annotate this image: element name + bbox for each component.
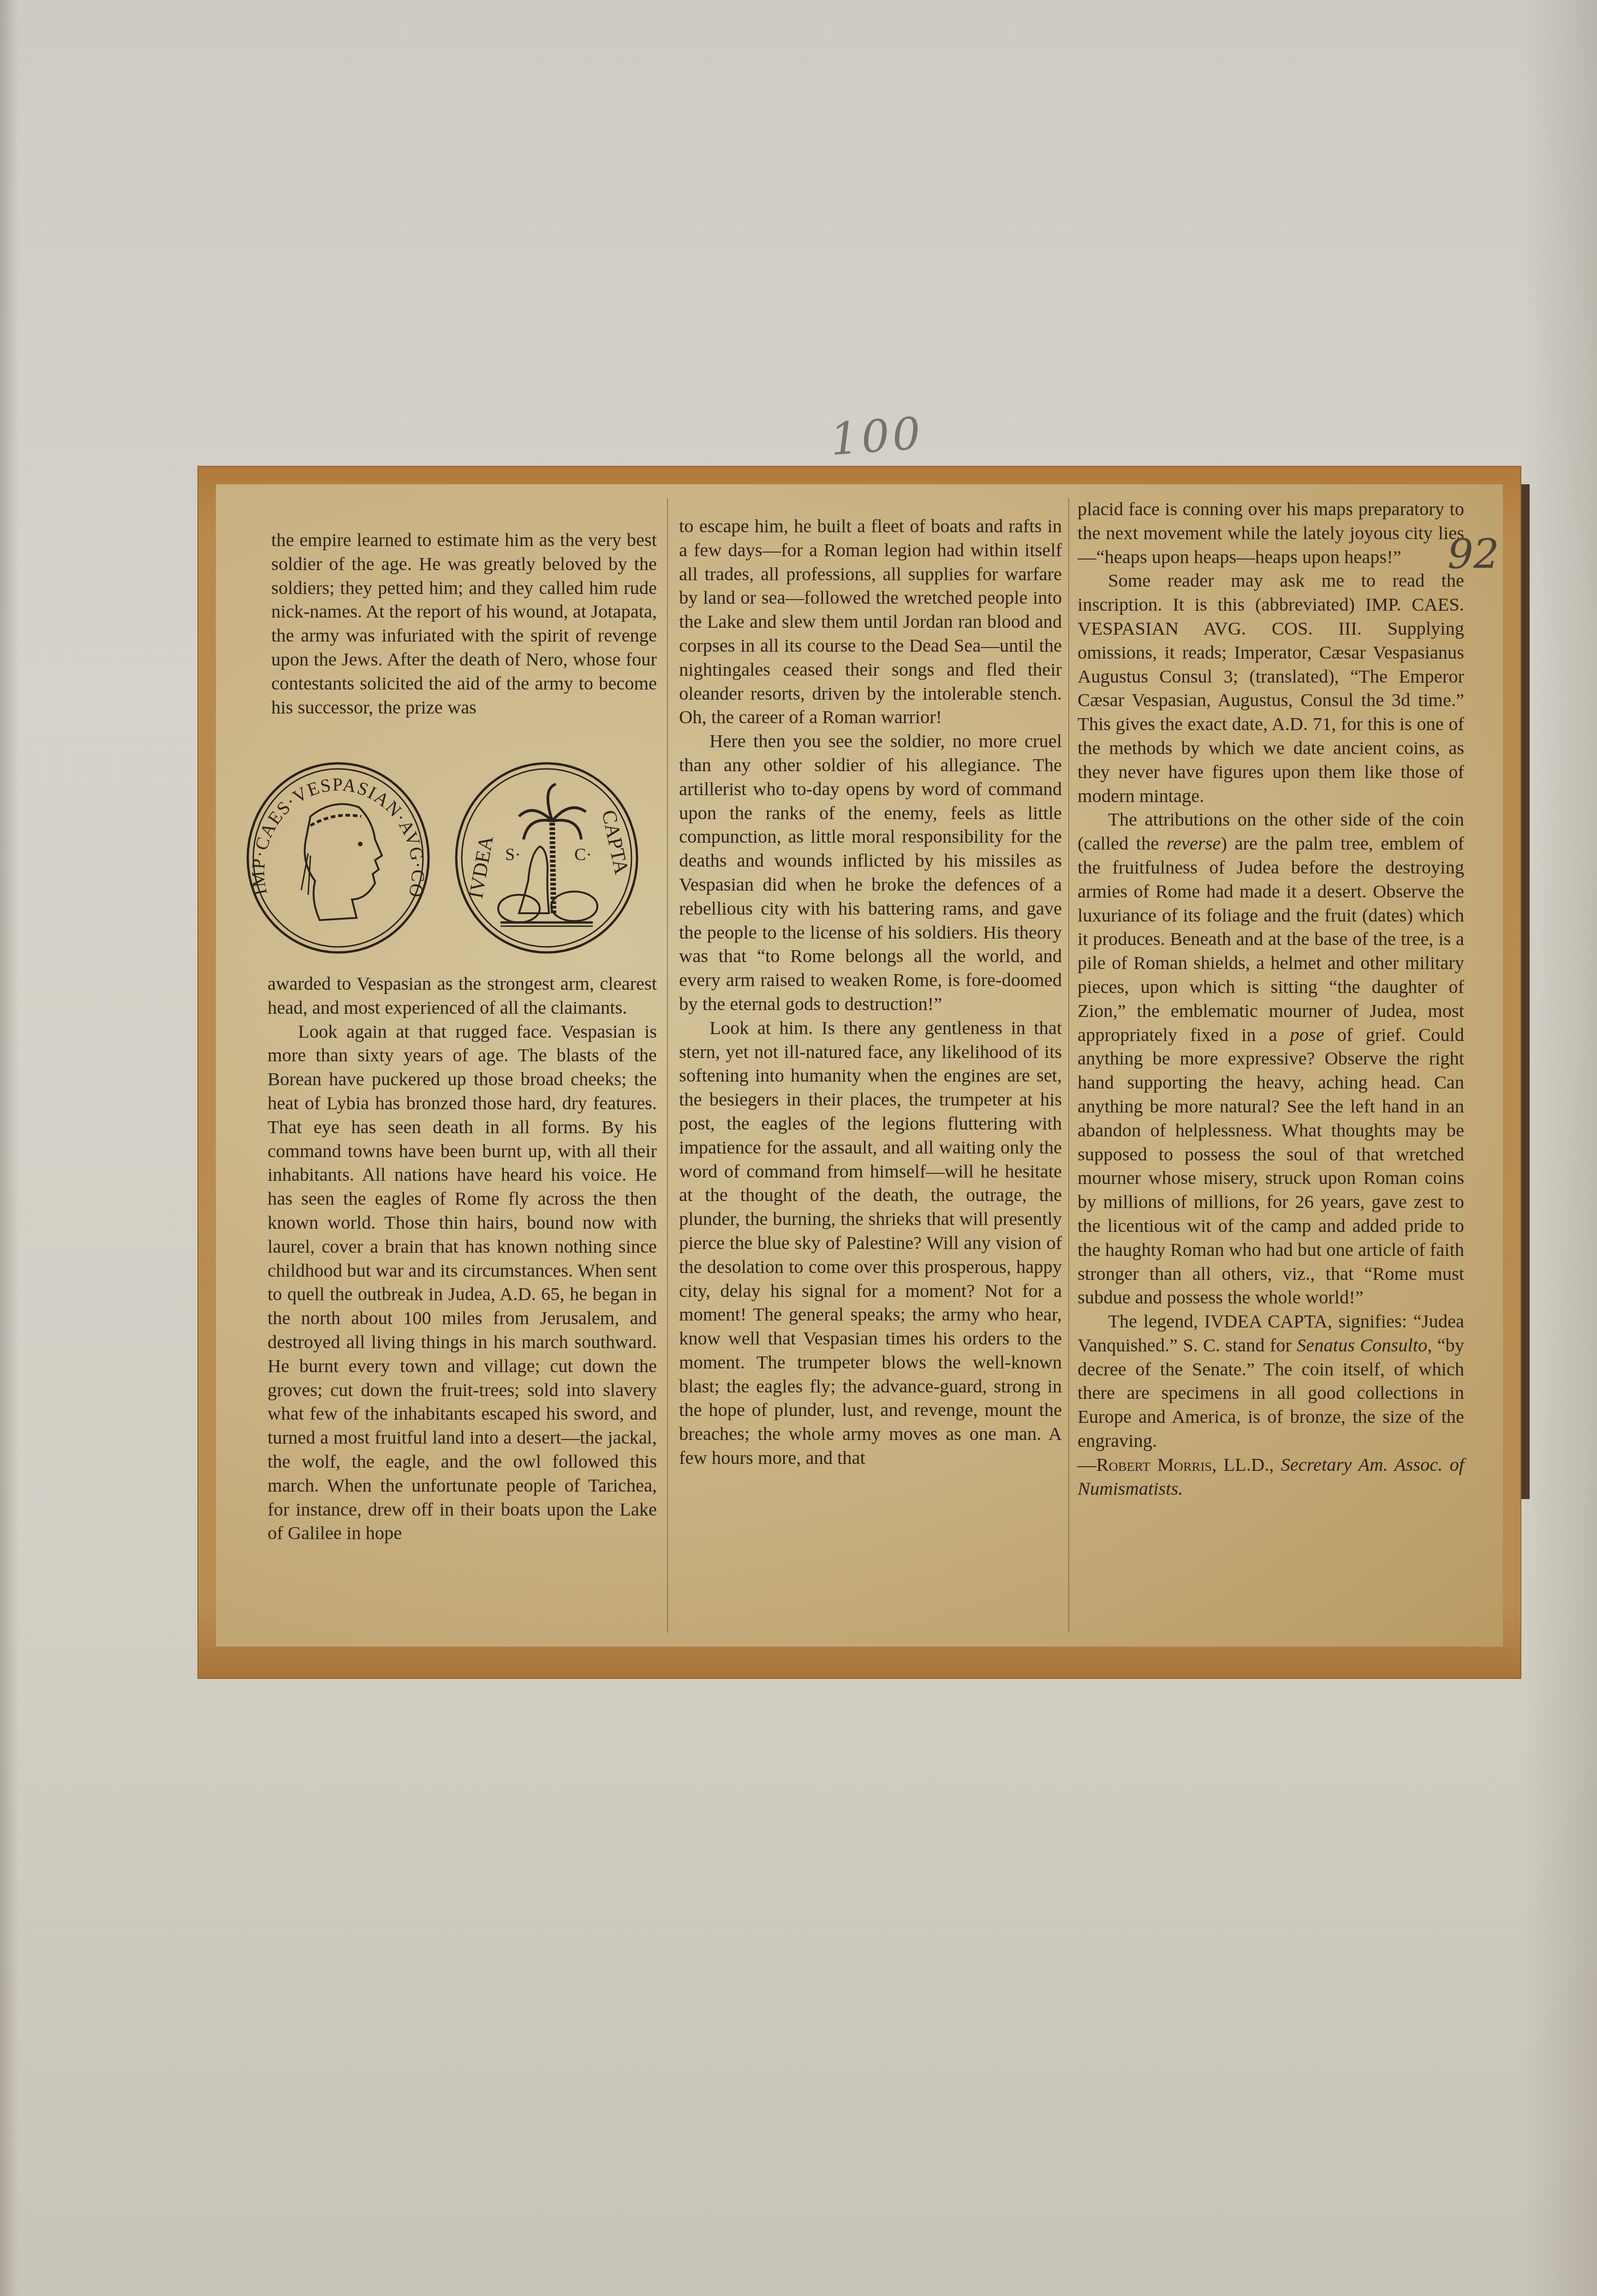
paragraph: The attributions on the other side of th… (1078, 808, 1464, 1309)
column-rule (667, 498, 668, 1633)
paragraph: the empire learned to estimate him as th… (271, 528, 657, 719)
paragraph: placid face is conning over his maps pre… (1078, 497, 1464, 569)
newspaper-clipping: the empire learned to estimate him as th… (216, 484, 1503, 1647)
paragraph: The legend, IVDEA CAPTA, signifies: “Jud… (1078, 1309, 1464, 1453)
coin-illustrations: IMP·CAES·VESPASIAN·AVG·COS·III· IVDEA CA… (241, 761, 656, 955)
paragraph: Look again at that rugged face. Vespasia… (268, 1020, 657, 1546)
paragraph: Look at him. Is there any gentleness in … (679, 1016, 1062, 1470)
svg-text:C·: C· (574, 845, 592, 864)
handwritten-page-number: 100 (828, 407, 925, 465)
svg-text:S·: S· (505, 845, 521, 864)
paragraph: to escape him, he built a fleet of boats… (679, 514, 1062, 729)
handwritten-margin-number: 92 (1448, 530, 1499, 578)
author-signature: —Robert Morris, LL.D., Secretary Am. Ass… (1078, 1453, 1464, 1501)
page-gutter-shadow (0, 0, 18, 2296)
column-1-upper: the empire learned to estimate him as th… (271, 528, 657, 719)
coin-reverse-icon: IVDEA CAPTA S· C· (450, 761, 644, 955)
paragraph: Here then you see the soldier, no more c… (679, 729, 1062, 1016)
column-2: to escape him, he built a fleet of boats… (679, 514, 1062, 1470)
page-edge-shadow (1523, 0, 1597, 2296)
mount-edge (1521, 484, 1530, 1499)
author-name: Robert Morris (1096, 1454, 1212, 1475)
italic-term: Senatus Consulto (1297, 1335, 1427, 1356)
column-3: placid face is conning over his maps pre… (1078, 497, 1464, 1500)
paragraph: awarded to Vespasian as the strongest ar… (268, 972, 657, 1020)
svg-text:IVDEA: IVDEA (465, 834, 498, 900)
clipping-mount: the empire learned to estimate him as th… (197, 466, 1521, 1679)
italic-term: pose (1290, 1024, 1324, 1045)
italic-term: reverse (1167, 833, 1221, 854)
svg-text:IMP·CAES·VESPASIAN·AVG·COS·III: IMP·CAES·VESPASIAN·AVG·COS·III· (241, 761, 429, 900)
paragraph: Some reader may ask me to read the inscr… (1078, 569, 1464, 808)
column-1-lower: awarded to Vespasian as the strongest ar… (268, 972, 657, 1545)
coin-obverse-icon: IMP·CAES·VESPASIAN·AVG·COS·III· (241, 761, 435, 955)
column-rule (1068, 498, 1069, 1633)
